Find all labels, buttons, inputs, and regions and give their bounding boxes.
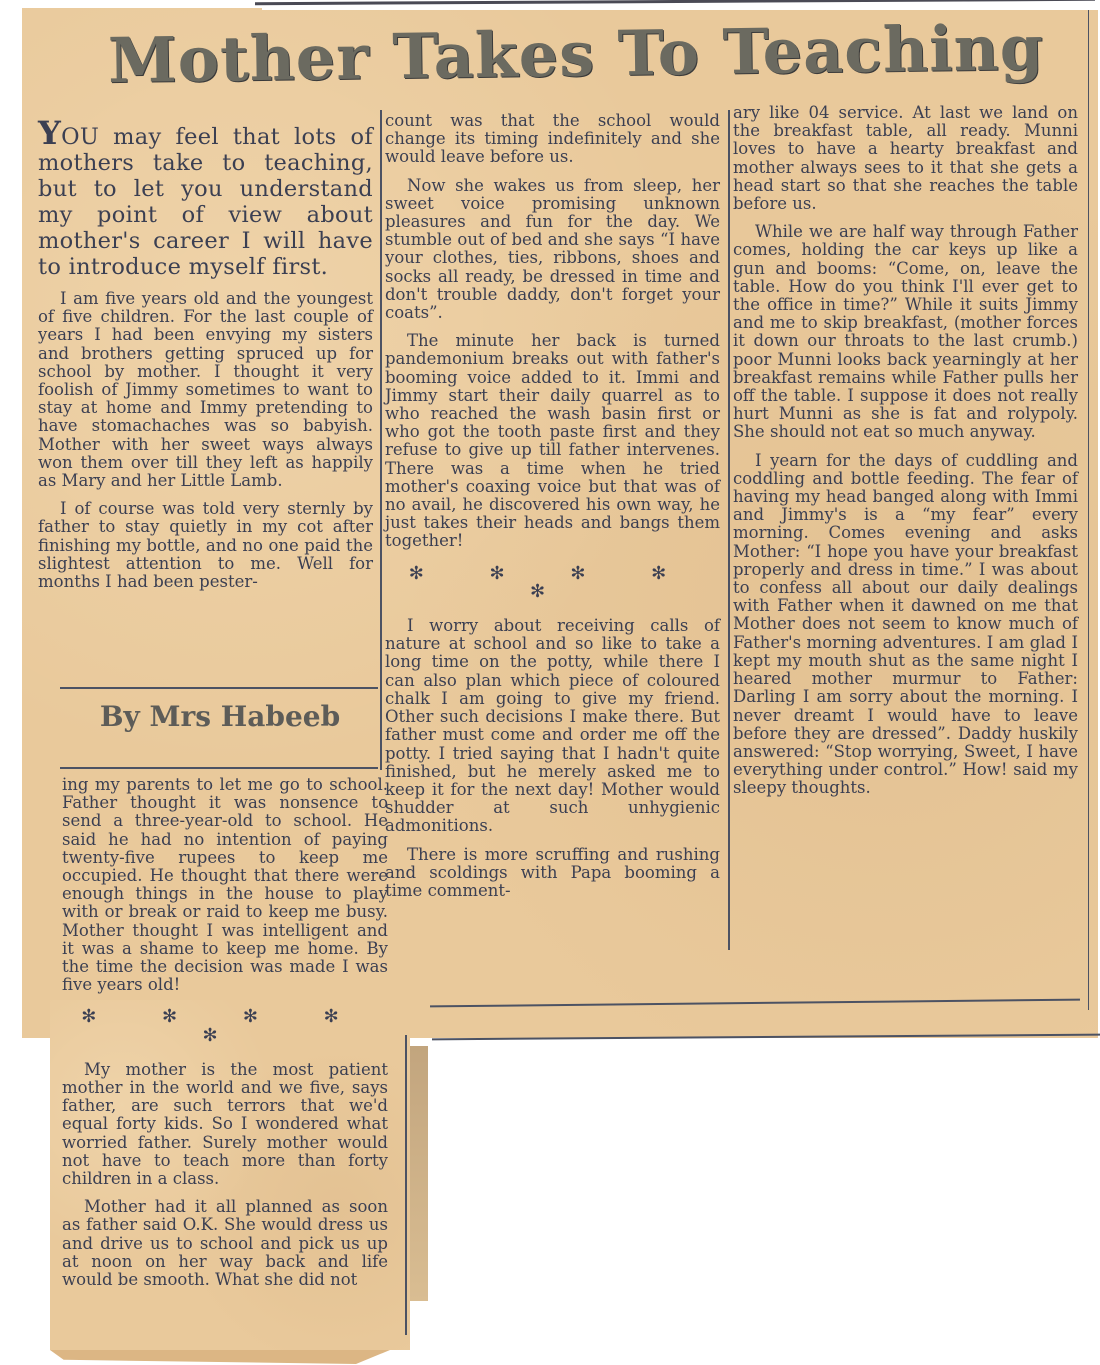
column-2: count was that the school would change i… <box>385 112 720 910</box>
column-divider <box>405 1035 407 1335</box>
column-divider <box>380 110 382 770</box>
lead-paragraph: YOU may feel that lots of mothers take t… <box>38 120 373 280</box>
byline-rule-bottom <box>60 767 378 769</box>
column-1: YOU may feel that lots of mothers take t… <box>38 120 373 601</box>
byline-rule-top <box>60 687 378 689</box>
blank-background <box>428 1048 1100 1365</box>
paragraph: I worry about receiving calls of nature … <box>385 617 720 835</box>
paragraph: I of course was told very sternly by fat… <box>38 500 373 591</box>
paragraph: The minute her back is turned pandemoniu… <box>385 332 720 550</box>
column-1-continued: ing my parents to let me go to school. F… <box>62 776 388 1299</box>
headline: Mother Takes To Teaching <box>108 12 989 97</box>
section-separator: ✻ ✻ ✻ ✻ ✻ <box>385 565 720 601</box>
column-3: ary like 04 service. At last we land on … <box>733 104 1078 808</box>
paragraph: ary like 04 service. At last we land on … <box>733 104 1078 213</box>
paragraph: My mother is the most patient mother in … <box>62 1061 388 1188</box>
paragraph: I am five years old and the youngest of … <box>38 290 373 490</box>
section-separator: ✻ ✻ ✻ ✻ ✻ <box>62 1008 388 1044</box>
clipping-fold-shadow <box>410 1046 428 1301</box>
paragraph: ing my parents to let me go to school. F… <box>62 776 388 994</box>
paragraph: There is more scruffing and rushing and … <box>385 846 720 901</box>
paragraph: Now she wakes us from sleep, her sweet v… <box>385 177 720 323</box>
paragraph: I yearn for the days of cuddling and cod… <box>733 452 1078 798</box>
byline: By Mrs Habeeb <box>60 700 380 733</box>
paragraph: count was that the school would change i… <box>385 112 720 167</box>
paragraph: Mother had it all planned as soon as fat… <box>62 1198 388 1289</box>
right-border-rule <box>1088 10 1089 1010</box>
column-divider <box>728 110 730 950</box>
paragraph: While we are half way through Father com… <box>733 223 1078 441</box>
drop-cap: Y <box>38 114 61 152</box>
